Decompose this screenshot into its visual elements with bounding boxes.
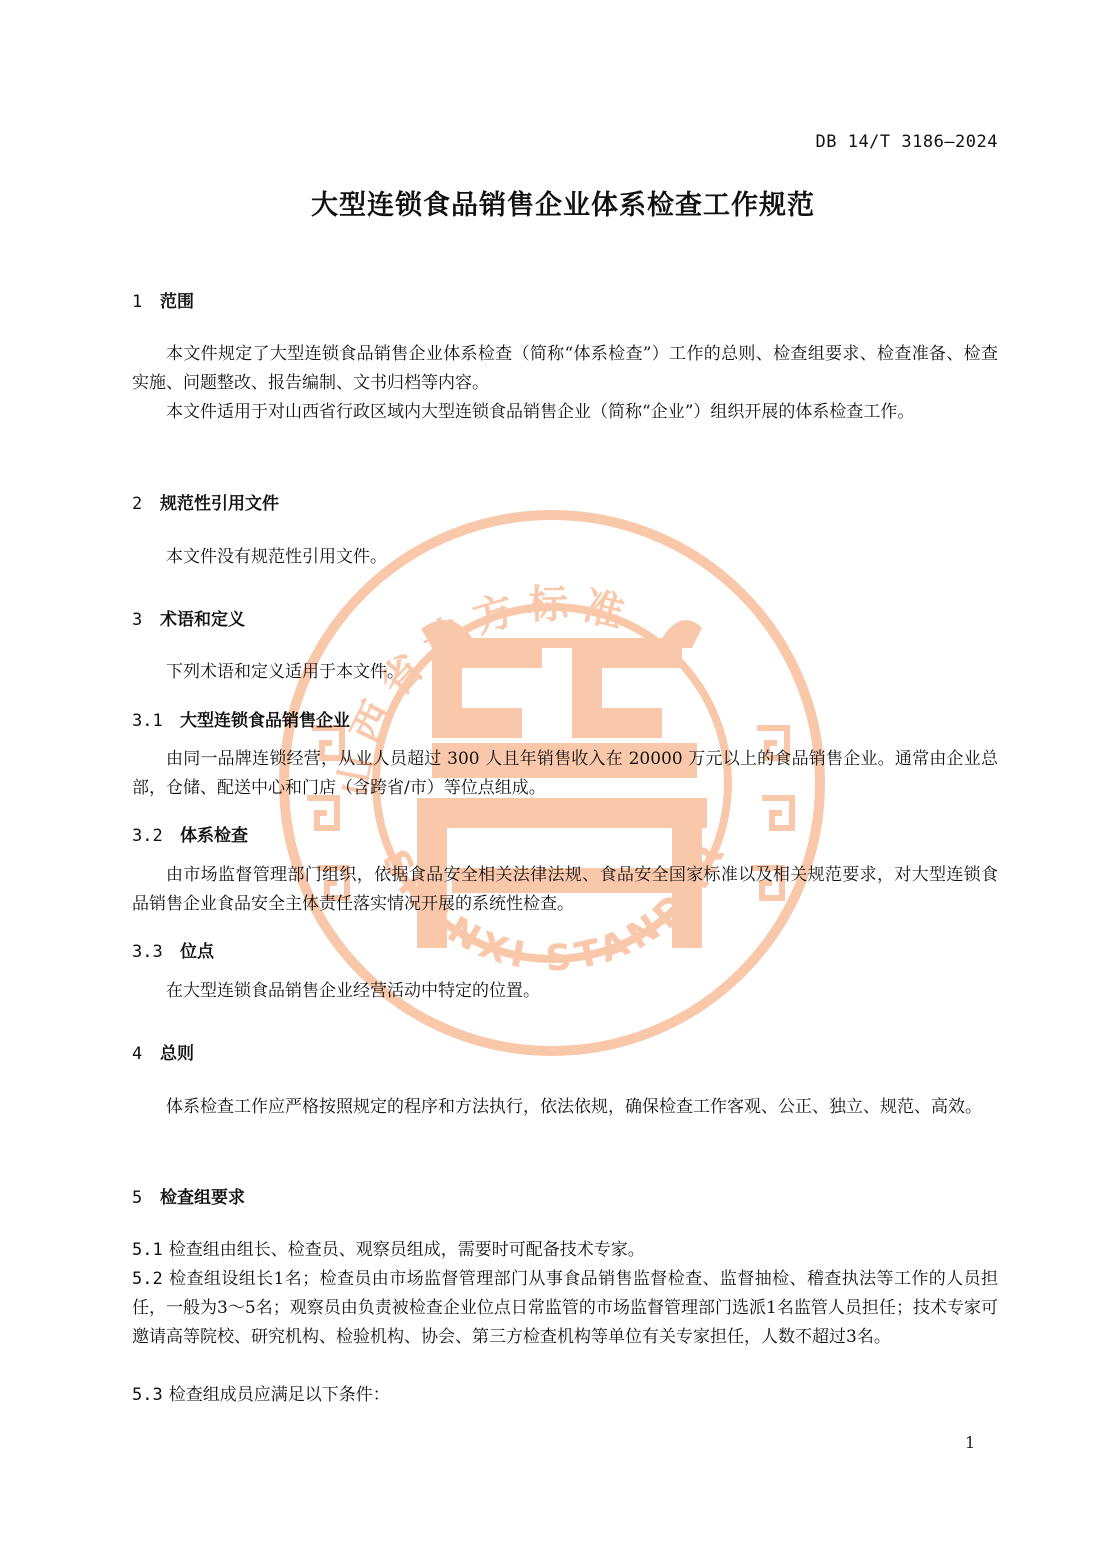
- page-number: 1: [965, 1433, 975, 1452]
- clause-5-2: 5.2检查组设组长1名；检查员由市场监督管理部门从事食品销售监督检查、监督抽检、…: [132, 1265, 998, 1352]
- term-definition: 由同一品牌连锁经营，从业人员超过 300 人且年销售收入在 20000 万元以上…: [132, 745, 998, 803]
- section-heading-1: 1范围: [132, 287, 194, 312]
- term-heading-3-1: 3.1大型连锁食品销售企业: [132, 706, 350, 731]
- paragraph: 本文件适用于对山西省行政区域内大型连锁食品销售企业（简称“企业”）组织开展的体系…: [132, 398, 998, 427]
- term-definition: 在大型连锁食品销售企业经营活动中特定的位置。: [132, 977, 998, 1006]
- standard-code: DB 14/T 3186—2024: [816, 132, 999, 152]
- document-title: 大型连锁食品销售企业体系检查工作规范: [0, 183, 1102, 222]
- paragraph: 下列术语和定义适用于本文件。: [132, 658, 998, 687]
- section-heading-2: 2规范性引用文件: [132, 489, 279, 514]
- document-page: DB 14/T 3186—2024 大型连锁食品销售企业体系检查工作规范: [0, 0, 1102, 1559]
- term-heading-3-3: 3.3位点: [132, 937, 214, 962]
- clause-5-1: 5.1检查组由组长、检查员、观察员组成，需要时可配备技术专家。: [132, 1236, 998, 1265]
- term-heading-3-2: 3.2体系检查: [132, 821, 248, 846]
- section-heading-3: 3术语和定义: [132, 605, 245, 630]
- paragraph: 本文件没有规范性引用文件。: [132, 543, 998, 572]
- term-definition: 由市场监督管理部门组织，依据食品安全相关法律法规、食品安全国家标准以及相关规范要…: [132, 861, 998, 919]
- section-heading-5: 5检查组要求: [132, 1183, 245, 1208]
- paragraph: 本文件规定了大型连锁食品销售企业体系检查（简称“体系检查”）工作的总则、检查组要…: [132, 340, 998, 398]
- clause-5-3: 5.3检查组成员应满足以下条件：: [132, 1381, 998, 1410]
- section-heading-4: 4总则: [132, 1039, 194, 1064]
- paragraph: 体系检查工作应严格按照规定的程序和方法执行，依法依规，确保检查工作客观、公正、独…: [132, 1093, 998, 1122]
